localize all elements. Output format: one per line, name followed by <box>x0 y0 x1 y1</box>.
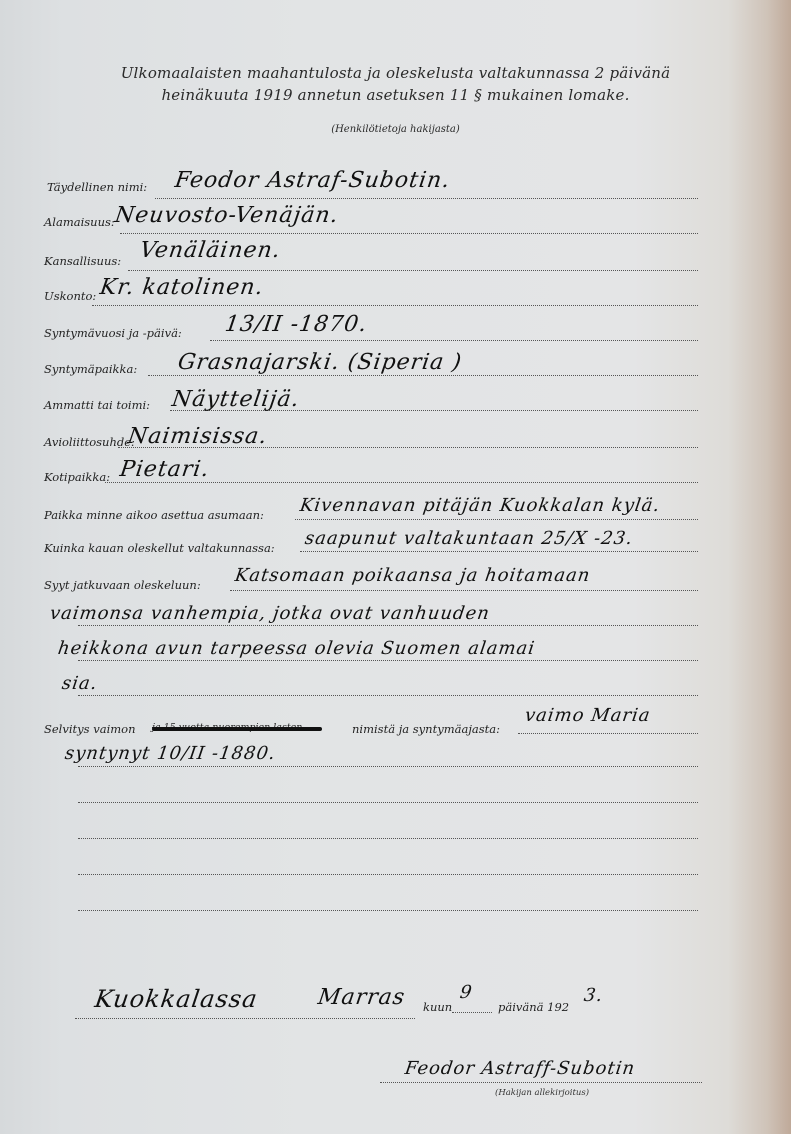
field-value: Venäläinen. <box>138 238 282 263</box>
field-label: Syntymäpaikka: <box>44 362 137 376</box>
field-label: Kotipaikka: <box>44 470 110 484</box>
fill-line <box>518 733 698 734</box>
field-label: Ammatti tai toimi: <box>44 398 150 412</box>
field-value: Feodor Astraf-Subotin. <box>173 168 452 193</box>
field-label: Kuinka kauan oleskellut valtakunnassa: <box>44 541 275 555</box>
immigration-form-page: Ulkomaalaisten maahantulosta ja oleskelu… <box>0 0 791 1134</box>
field-value: saapunut valtakuntaan 25/X -23. <box>304 528 635 549</box>
blank-fill-line <box>78 910 698 911</box>
reasons-line-2: vaimonsa vanhempia, jotka ovat vanhuuden <box>49 603 492 624</box>
field-label: Täydellinen nimi: <box>47 180 147 194</box>
fill-line <box>295 519 698 520</box>
field-value: Kr. katolinen. <box>98 275 265 300</box>
form-title-line2: heinäkuuta 1919 annetun asetuksen 11 § m… <box>0 84 791 106</box>
field-value: Naimisissa. <box>126 424 269 449</box>
signoff-day: 9 <box>459 982 474 1003</box>
fill-line <box>155 198 698 199</box>
field-value: Grasnajarski. (Siperia ) <box>176 350 463 375</box>
fill-line <box>452 1012 492 1013</box>
signoff-place: Kuokkalassa <box>93 985 260 1013</box>
fill-line <box>78 660 698 661</box>
fill-line <box>300 551 698 552</box>
fill-line <box>105 482 698 483</box>
blank-fill-line <box>78 874 698 875</box>
field-label: Syyt jatkuvaan oleskeluun: <box>44 578 201 592</box>
kuun-label: kuun <box>423 1000 452 1014</box>
strikeout-mark <box>152 727 322 731</box>
field-label: Alamaisuus: <box>44 215 115 229</box>
fill-line <box>210 340 698 341</box>
paivana-label: päivänä 192 <box>498 1000 569 1014</box>
signoff-year-digit: 3. <box>583 985 605 1006</box>
field-label: Kansallisuus: <box>44 254 121 268</box>
field-value: Neuvosto-Venäjän. <box>113 203 340 228</box>
field-value: 13/II -1870. <box>223 312 369 337</box>
field-value: Pietari. <box>118 457 211 482</box>
field-value: Näyttelijä. <box>170 387 301 412</box>
field-label: Syntymävuosi ja -päivä: <box>44 326 182 340</box>
field-label: Paikka minne aikoo asettua asumaan: <box>44 508 264 522</box>
spouse-label-suffix: nimistä ja syntymäajasta: <box>352 722 500 736</box>
signature-line <box>380 1082 702 1083</box>
form-subtitle: (Henkilötietoja hakijasta) <box>0 124 791 135</box>
fill-line <box>78 766 698 767</box>
fill-line <box>78 625 698 626</box>
reasons-line-1: Katsomaan poikaansa ja hoitamaan <box>234 565 592 586</box>
reasons-line-3: heikkona avun tarpeessa olevia Suomen al… <box>57 638 537 659</box>
spouse-label-prefix: Selvitys vaimon <box>44 722 135 736</box>
field-value: Kivennavan pitäjän Kuokkalan kylä. <box>299 495 662 516</box>
blank-fill-line <box>78 838 698 839</box>
fill-line <box>78 695 698 696</box>
form-title: Ulkomaalaisten maahantulosta ja oleskelu… <box>0 62 791 106</box>
fill-line <box>75 1018 415 1019</box>
signature-caption: (Hakijan allekirjoitus) <box>495 1088 589 1098</box>
applicant-signature: Feodor Astraff-Subotin <box>404 1058 637 1079</box>
blank-fill-line <box>78 802 698 803</box>
fill-line <box>148 375 698 376</box>
reasons-line-4: sia. <box>61 673 99 694</box>
signoff-month: Marras <box>316 985 407 1010</box>
fill-line <box>230 590 698 591</box>
fill-line <box>120 233 698 234</box>
fill-line <box>128 270 698 271</box>
fill-line <box>92 305 698 306</box>
form-title-line1: Ulkomaalaisten maahantulosta ja oleskelu… <box>0 62 791 84</box>
field-label: Uskonto: <box>44 289 96 303</box>
spouse-line-1: vaimo Maria <box>524 705 652 726</box>
spouse-line-2: syntynyt 10/II -1880. <box>64 743 278 764</box>
